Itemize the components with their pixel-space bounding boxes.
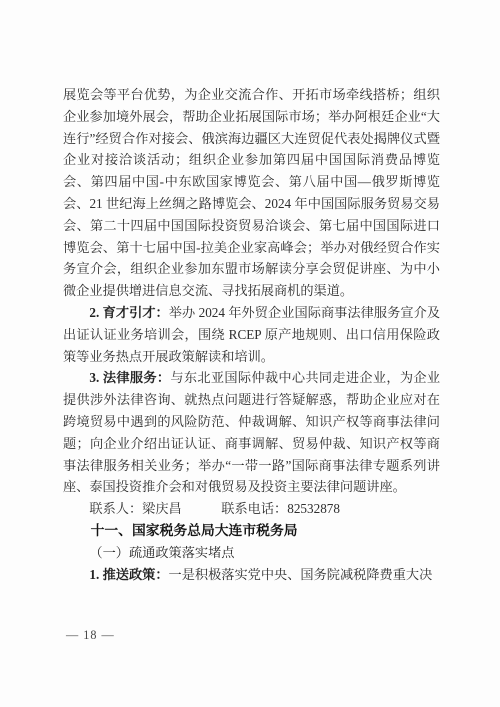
document-page: 展览会等平台优势，为企业交流合作、开拓市场牵线搭桥；组织企业参加境外展会，帮助企… <box>0 0 500 707</box>
document-content: 展览会等平台优势，为企业交流合作、开拓市场牵线搭桥；组织企业参加境外展会，帮助企… <box>63 84 440 585</box>
page-number: — 18 — <box>66 628 115 643</box>
section-heading-tax-bureau: 十一、国家税务总局大连市税务局 <box>63 520 440 542</box>
item2-label: 2. 育才引才： <box>89 305 168 320</box>
sub-heading-policy-implementation: （一）疏通政策落实堵点 <box>63 542 440 564</box>
paragraph-item-legal-service: 3. 法律服务：与东北亚国际仲裁中心共同走进企业，为企业提供涉外法律咨询、就热点… <box>63 367 440 498</box>
paragraph-trade-promotion-continued: 展览会等平台优势，为企业交流合作、开拓市场牵线搭桥；组织企业参加境外展会，帮助企… <box>63 84 440 302</box>
item3-label: 3. 法律服务： <box>89 370 170 385</box>
item3-text: 与东北亚国际仲裁中心共同走进企业，为企业提供涉外法律咨询、就热点问题进行答疑解惑… <box>63 370 440 494</box>
contact-person: 联系人：梁庆昌 <box>89 501 181 516</box>
paragraph-item-talent: 2. 育才引才：举办 2024 年外贸企业国际商事法律服务宣介及出证认证业务培训… <box>63 302 440 367</box>
paragraph-item-push-policy: 1. 推送政策：一是积极落实党中央、国务院减税降费重大决 <box>63 564 440 586</box>
contact-line: 联系人：梁庆昌联系电话：82532878 <box>63 498 440 520</box>
item1-text: 一是积极落实党中央、国务院减税降费重大决 <box>169 567 433 582</box>
contact-phone: 联系电话：82532878 <box>221 501 340 516</box>
item1-label: 1. 推送政策： <box>89 567 168 582</box>
